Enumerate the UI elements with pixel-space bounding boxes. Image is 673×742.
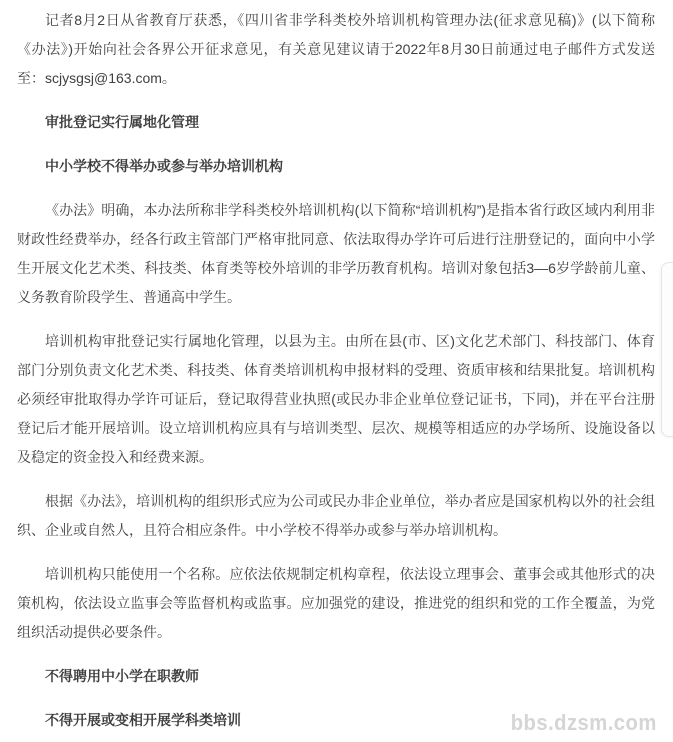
article-paragraph-organization-form: 根据《办法》，培训机构的组织形式应为公司或民办非企业单位，举办者应是国家机构以外… (17, 487, 655, 545)
article-body: 记者8月2日从省教育厅获悉，《四川省非学科类校外培训机构管理办法(征求意见稿)》… (0, 0, 673, 742)
article-paragraph-registration-process: 培训机构审批登记实行属地化管理，以县为主。由所在县(市、区)文化艺术部门、科技部… (17, 327, 655, 472)
section-heading-approval-registration: 审批登记实行属地化管理 (17, 108, 655, 137)
side-float-panel[interactable] (661, 262, 673, 437)
section-heading-schools-prohibited: 中小学校不得举办或参与举办培训机构 (17, 152, 655, 181)
section-heading-no-inservice-teachers: 不得聘用中小学在职教师 (17, 662, 655, 691)
article-paragraph-definition: 《办法》明确，本办法所称非学科类校外培训机构(以下简称“培训机构”)是指本省行政… (17, 196, 655, 312)
site-watermark: bbs.dzsm.com (511, 710, 657, 736)
article-paragraph-naming-governance: 培训机构只能使用一个名称。应依法依规制定机构章程，依法设立理事会、董事会或其他形… (17, 560, 655, 647)
article-paragraph-intro: 记者8月2日从省教育厅获悉，《四川省非学科类校外培训机构管理办法(征求意见稿)》… (17, 6, 655, 93)
